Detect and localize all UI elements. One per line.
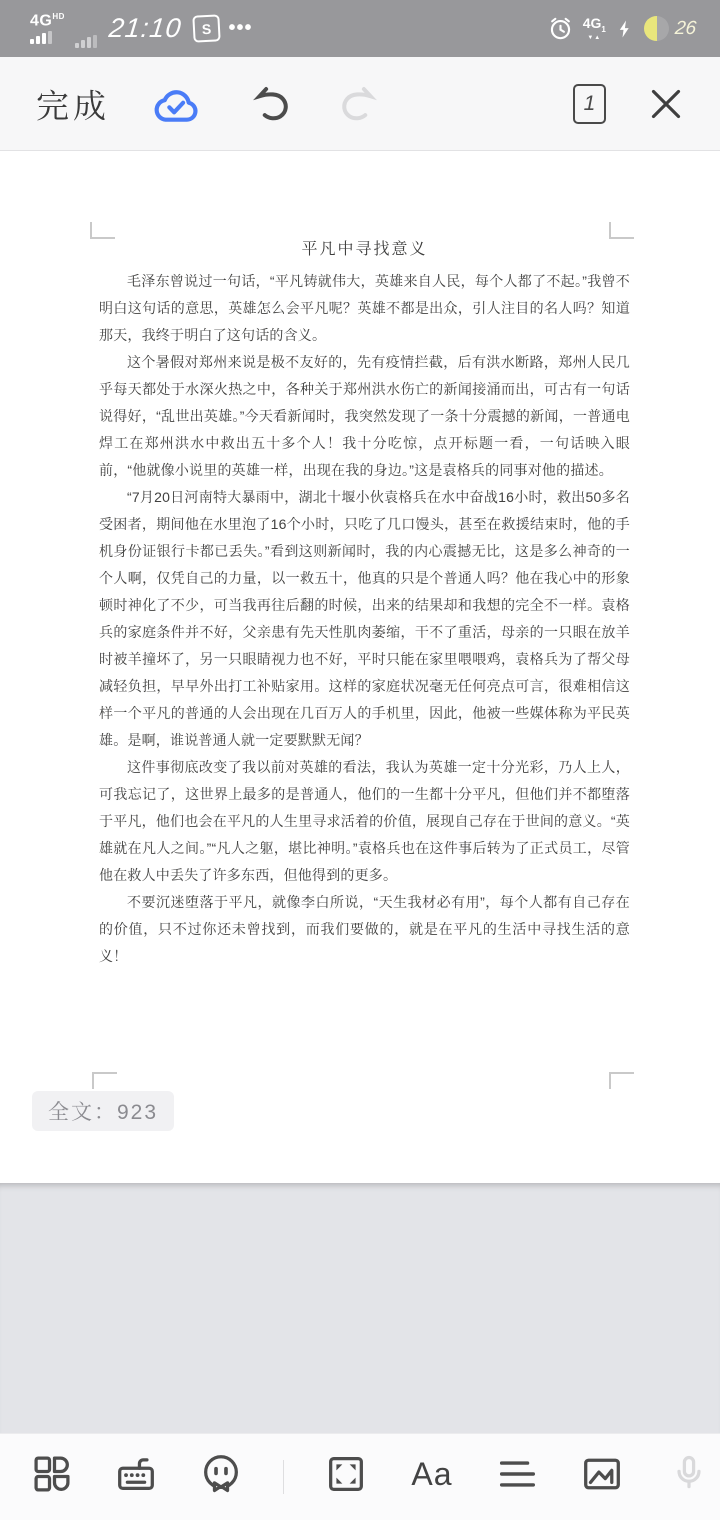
data-arrows-icon: ▼▲ bbox=[587, 35, 601, 41]
redo-button[interactable] bbox=[334, 81, 380, 127]
text-format-button[interactable]: Aa bbox=[409, 1451, 455, 1497]
text-format-aa-label: Aa bbox=[411, 1456, 452, 1493]
screenshot-app-icon: S bbox=[193, 14, 221, 42]
paragraph-align-icon[interactable] bbox=[494, 1451, 540, 1497]
notification-dots-icon: ••• bbox=[228, 17, 252, 40]
network-type: 4G bbox=[30, 12, 52, 29]
tools-blocks-icon[interactable] bbox=[29, 1451, 75, 1497]
document-page[interactable]: 平凡中寻找意义 毛泽东曾说过一句话，“平凡铸就伟大，英雄来自人民，每个人都了不起… bbox=[0, 151, 720, 1183]
done-button[interactable]: 完成 bbox=[36, 80, 110, 127]
canvas-background bbox=[0, 1183, 720, 1433]
signal-bars-icon bbox=[30, 31, 52, 44]
paragraph: “7月20日河南特大暴雨中，湖北十堰小伙袁格兵在水中奋战16小时，救出50多名受… bbox=[99, 484, 630, 754]
toolbar-divider bbox=[283, 1460, 284, 1494]
status-time: 21:10 bbox=[107, 13, 183, 44]
word-count-badge: 全文：923 bbox=[32, 1091, 174, 1131]
fit-page-icon[interactable] bbox=[323, 1451, 369, 1497]
network-indicator: 4GHD bbox=[30, 13, 65, 44]
signal-bars-sim2-icon bbox=[75, 35, 97, 48]
margin-mark-bottom-right bbox=[609, 1072, 634, 1089]
network2-indicator: 4G1 ▼▲ bbox=[583, 16, 606, 41]
document-text[interactable]: 平凡中寻找意义 毛泽东曾说过一句话，“平凡铸就伟大，英雄来自人民，每个人都了不起… bbox=[99, 236, 630, 970]
editor-toolbar: 完成 1 bbox=[0, 57, 720, 151]
undo-button[interactable] bbox=[250, 81, 296, 127]
keyboard-icon[interactable] bbox=[113, 1451, 159, 1497]
paragraph: 这个暑假对郑州来说是极不友好的，先有疫情拦截，后有洪水断路，郑州人民几乎每天都处… bbox=[99, 349, 630, 484]
battery-icon bbox=[644, 16, 669, 41]
close-icon[interactable] bbox=[646, 84, 686, 124]
status-bar: 4GHD 21:10 S ••• 4G1 ▼▲ 26 bbox=[0, 0, 720, 57]
alarm-icon bbox=[547, 15, 574, 42]
battery-percent: 26 bbox=[674, 18, 697, 40]
paragraph: 这件事彻底改变了我以前对英雄的看法，我认为英雄一定十分光彩，乃人上人，可我忘记了… bbox=[99, 754, 630, 889]
image-icon[interactable] bbox=[579, 1451, 625, 1497]
paragraph: 不要沉迷堕落于平凡，就像李白所说，“天生我材必有用”，每个人都有自己存在的价值，… bbox=[99, 889, 630, 970]
document-title: 平凡中寻找意义 bbox=[99, 236, 630, 263]
page-indicator[interactable]: 1 bbox=[573, 84, 606, 124]
paragraph: 毛泽东曾说过一句话，“平凡铸就伟大，英雄来自人民，每个人都了不起。”我曾不明白这… bbox=[99, 268, 630, 349]
charging-bolt-icon bbox=[615, 17, 635, 41]
assistant-face-icon[interactable] bbox=[198, 1451, 244, 1497]
network-hd-badge: HD bbox=[52, 12, 65, 21]
bottom-toolbar: Aa bbox=[0, 1433, 720, 1520]
margin-mark-bottom-left bbox=[92, 1072, 117, 1089]
microphone-icon[interactable] bbox=[666, 1451, 712, 1497]
cloud-saved-icon[interactable] bbox=[148, 81, 204, 127]
